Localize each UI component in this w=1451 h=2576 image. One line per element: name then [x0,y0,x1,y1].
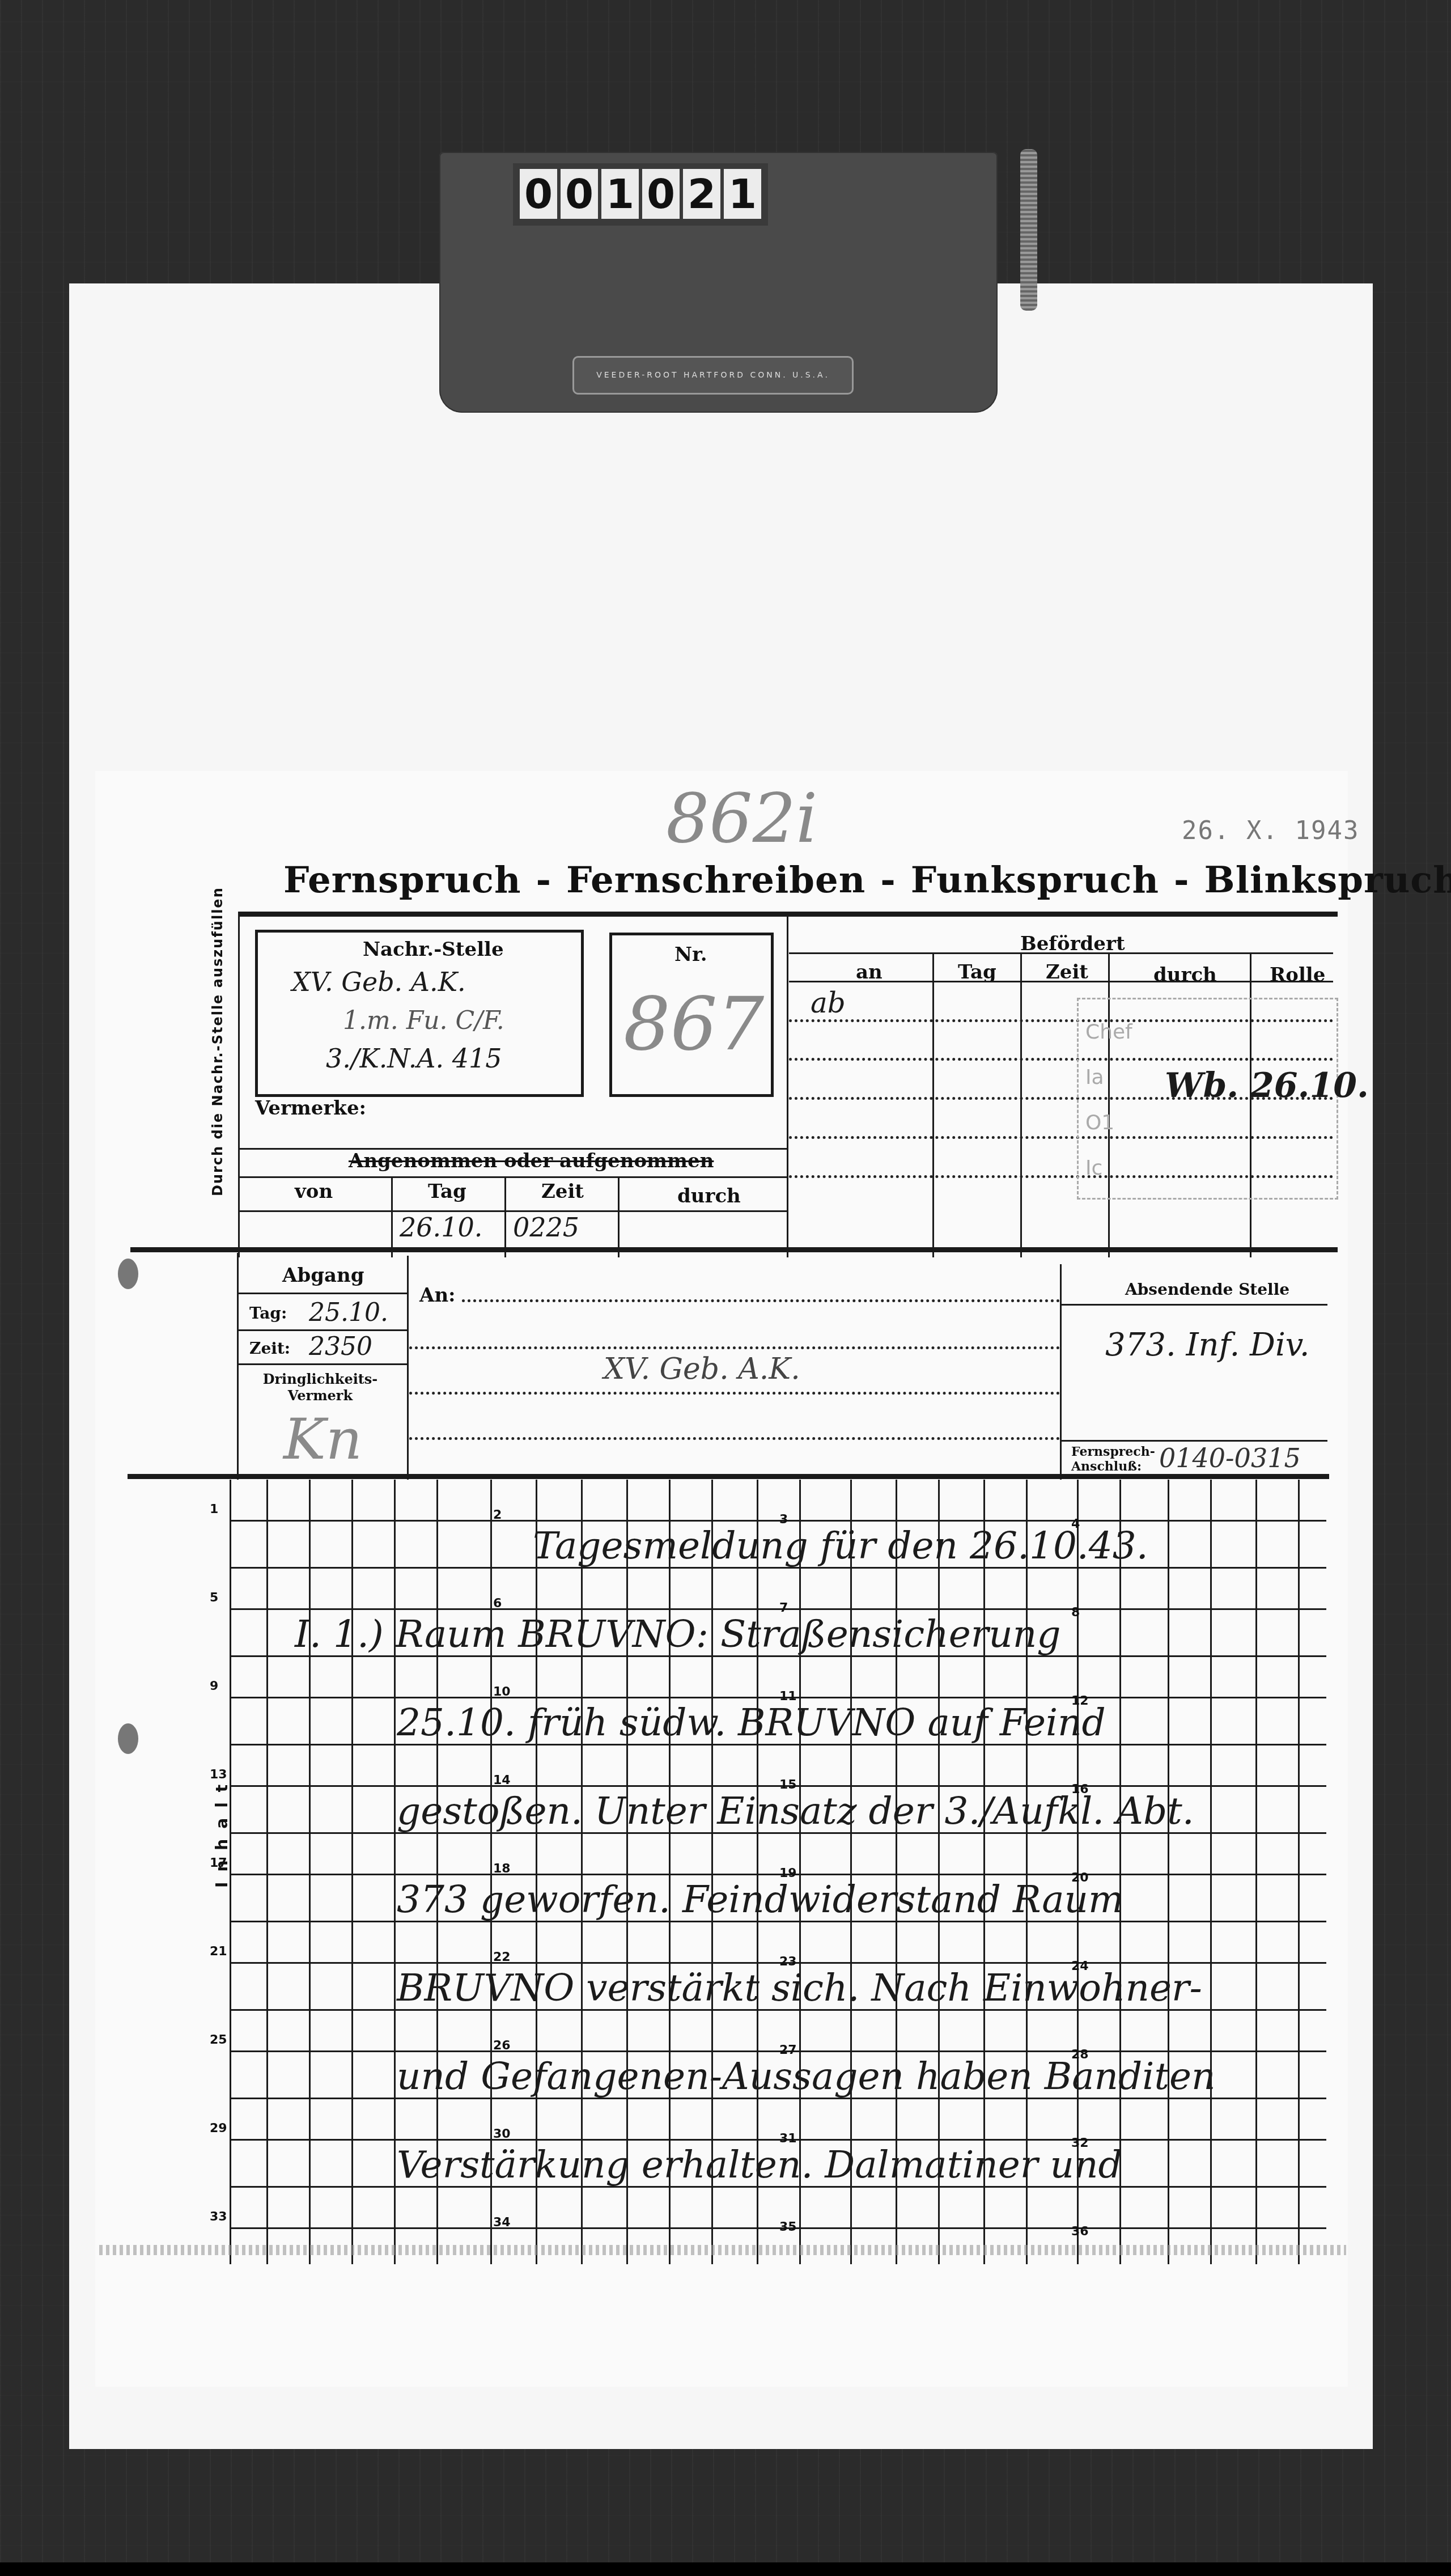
divider [238,1363,407,1365]
fernsprech-label: Fernsprech-Anschluß: [1071,1444,1139,1474]
column-header-tag: Tag [428,1180,466,1203]
divider [1060,1264,1062,1480]
message-line: gestoßen. Unter Einsatz der 3./Aufkl. Ab… [397,1789,1194,1833]
film-edge [0,2562,1451,2576]
message-line: Tagesmeldung für den 26.10.43. [533,1524,1148,1567]
group-number: 35 [779,2220,797,2234]
nachr-stelle-label: Nachr.-Stelle [363,938,504,961]
message-line: 373 geworfen. Feindwiderstand Raum [397,1878,1124,1921]
grid-row-line [230,2227,1326,2229]
message-line: und Gefangenen-Aussagen haben Banditen [397,2054,1216,2098]
counter-digit: 0 [520,169,557,219]
divider [407,1256,409,1480]
number-value: 867 [623,981,764,1067]
divider [932,954,934,1257]
divider [238,1329,407,1331]
line-number: 33 [210,2210,227,2224]
divider [128,1474,1329,1479]
punch-hole [118,1259,138,1289]
an-value: XV. Geb. A.K. [604,1352,800,1386]
counter-digit: 0 [642,169,680,219]
group-number: 18 [493,1862,511,1876]
dringlichkeit-label: Dringlichkeits-Vermerk [258,1371,383,1404]
title-blinkspruch: Blinkspruch [1204,859,1451,901]
column-header-durch: durch [1153,964,1217,986]
column-header-zeit: Zeit [541,1180,584,1203]
stamp-row-ia: Ia [1085,1066,1104,1089]
divider [789,981,1333,982]
grid-row-line [230,1520,1326,1522]
archive-number: 862i [666,779,817,858]
nachr-stelle-box: Nachr.-Stelle XV. Geb. A.K. 1.m. Fu. C/F… [255,930,584,1097]
nachr-stelle-line: 3./K.N.A. 415 [326,1043,502,1074]
column-header-durch: durch [677,1185,741,1207]
line-number: 13 [210,1768,227,1782]
counter-digit: 0 [561,169,598,219]
divider [237,1253,239,1480]
form-title: Fernspruch-Fernschreiben-Funkspruch-Blin… [283,859,1304,901]
line-number: 21 [210,1944,227,1959]
stamp-initial-entry: Wb. 26.10. [1165,1066,1369,1105]
column-header-an: an [856,961,883,984]
fernsprech-value: 0140-0315 [1159,1443,1301,1473]
absendende-stelle-value: 373. Inf. Div. [1105,1327,1310,1363]
message-line: Verstärkung erhalten. Dalmatiner und [397,2143,1122,2187]
nachr-stelle-line: XV. Geb. A.K. [292,967,466,997]
divider [789,952,1333,954]
perforation-edge [99,2245,1346,2255]
divider [238,1293,407,1294]
divider [1061,1440,1327,1442]
counter-digit: 1 [601,169,639,219]
counter-nameplate: VEEDER-ROOT HARTFORD CONN. U.S.A. [572,356,854,395]
line-number: 5 [210,1591,218,1605]
grid-column-line [309,1480,311,2264]
grid-row-line [230,2139,1326,2141]
column-header-von: von [295,1180,333,1203]
line-number: 29 [210,2121,227,2136]
column-header-rolle: Rolle [1270,964,1325,986]
grid-column-line [394,1480,396,2264]
line-number: 1 [210,1502,218,1516]
dringlichkeit-value: Kn [283,1406,362,1472]
line-number: 17 [210,1856,227,1870]
divider [238,912,240,1257]
stamp-row-ic: Ic [1085,1156,1102,1180]
side-label-nachr-stelle: Durch die Nachr.-Stelle auszufüllen [210,887,226,1196]
abgang-zeit-value: 2350 [309,1332,372,1361]
divider [1061,1304,1327,1306]
absendende-stelle-label: Absendende Stelle [1125,1280,1289,1299]
column-header-zeit: Zeit [1046,961,1088,984]
group-number: 22 [493,1950,511,1964]
abgang-tag-label: Tag: [249,1304,287,1323]
group-number: 14 [493,1773,511,1787]
group-number: 2 [493,1508,502,1522]
stamp-row-chef: Chef [1085,1020,1132,1044]
grid-column-line [1210,1480,1212,2264]
title-fernschreiben: Fernschreiben [566,859,865,901]
counter-display: 0 0 1 0 2 1 [513,163,768,226]
abgang-title: Abgang [282,1264,364,1287]
title-funkspruch: Funkspruch [911,859,1159,901]
divider [787,914,788,1257]
stamp-row-o1: O1 [1085,1111,1114,1134]
received-date-stamp: 26. X. 1943 [1182,816,1359,845]
group-number: 26 [493,2039,511,2053]
number-box: Nr. 867 [609,933,774,1097]
angenommen-zeit-value: 0225 [513,1212,579,1243]
grid-row-line [230,1874,1326,1875]
column-header-tag: Tag [958,961,996,984]
grid-row-line [230,2050,1326,2052]
grid-column-line [351,1480,353,2264]
angenommen-title: Angenommen oder aufgenommen [349,1150,714,1172]
frame-counter-device: 0 0 1 0 2 1 VEEDER-ROOT HARTFORD CONN. U… [439,152,998,413]
befoerdert-title: Befördert [1020,933,1125,955]
group-number: 34 [493,2215,511,2230]
grid-column-line [1255,1480,1257,2264]
counter-digit: 1 [724,169,761,219]
angenommen-tag-value: 26.10. [400,1212,482,1243]
grid-column-line [230,1480,231,2264]
divider [238,1210,787,1212]
grid-row-line [230,1962,1326,1964]
divider [1020,954,1022,1257]
group-number: 10 [493,1685,511,1699]
punch-hole [118,1723,138,1754]
divider [618,1176,620,1257]
vermerke-label: Vermerke: [255,1097,366,1120]
grid-row-line [230,1608,1326,1610]
grid-row-line [230,1785,1326,1787]
message-line: 25.10. früh südw. BRUVNO auf Feind [397,1701,1106,1744]
divider [504,1176,506,1257]
dotted-row-line [409,1437,1060,1440]
grid-column-line [1298,1480,1300,2264]
line-number: 25 [210,2033,227,2047]
group-number: 6 [493,1596,502,1611]
title-fernspruch: Fernspruch [283,859,521,901]
divider [130,1247,1338,1252]
dotted-row-line [462,1299,1060,1302]
divider [391,1176,393,1257]
group-number: 36 [1071,2225,1089,2239]
dotted-row-line [409,1392,1060,1395]
line-number: 9 [210,1679,218,1693]
side-label-inhalt: Inhalt [213,1774,231,1888]
divider [238,1176,787,1178]
befoerdert-an-value: ab [811,986,846,1019]
grid-column-line [1168,1480,1169,2264]
number-label: Nr. [674,943,707,966]
grid-column-line [266,1480,268,2264]
abgang-zeit-label: Zeit: [249,1339,290,1358]
counter-digit: 2 [683,169,720,219]
an-label: An: [419,1284,456,1307]
message-line: I. 1.) Raum BRUVNO: Straßensicherung [295,1612,1061,1656]
group-number: 30 [493,2127,511,2141]
nachr-stelle-line: 1.m. Fu. C/F. [343,1006,504,1035]
group-number: 8 [1071,1605,1080,1620]
abgang-tag-value: 25.10. [309,1298,388,1327]
counter-knob-icon [1020,149,1037,311]
dotted-row-line [409,1346,1060,1349]
grid-row-line [230,1697,1326,1698]
message-line: BRUVNO verstärkt sich. Nach Einwohner- [397,1966,1202,2010]
